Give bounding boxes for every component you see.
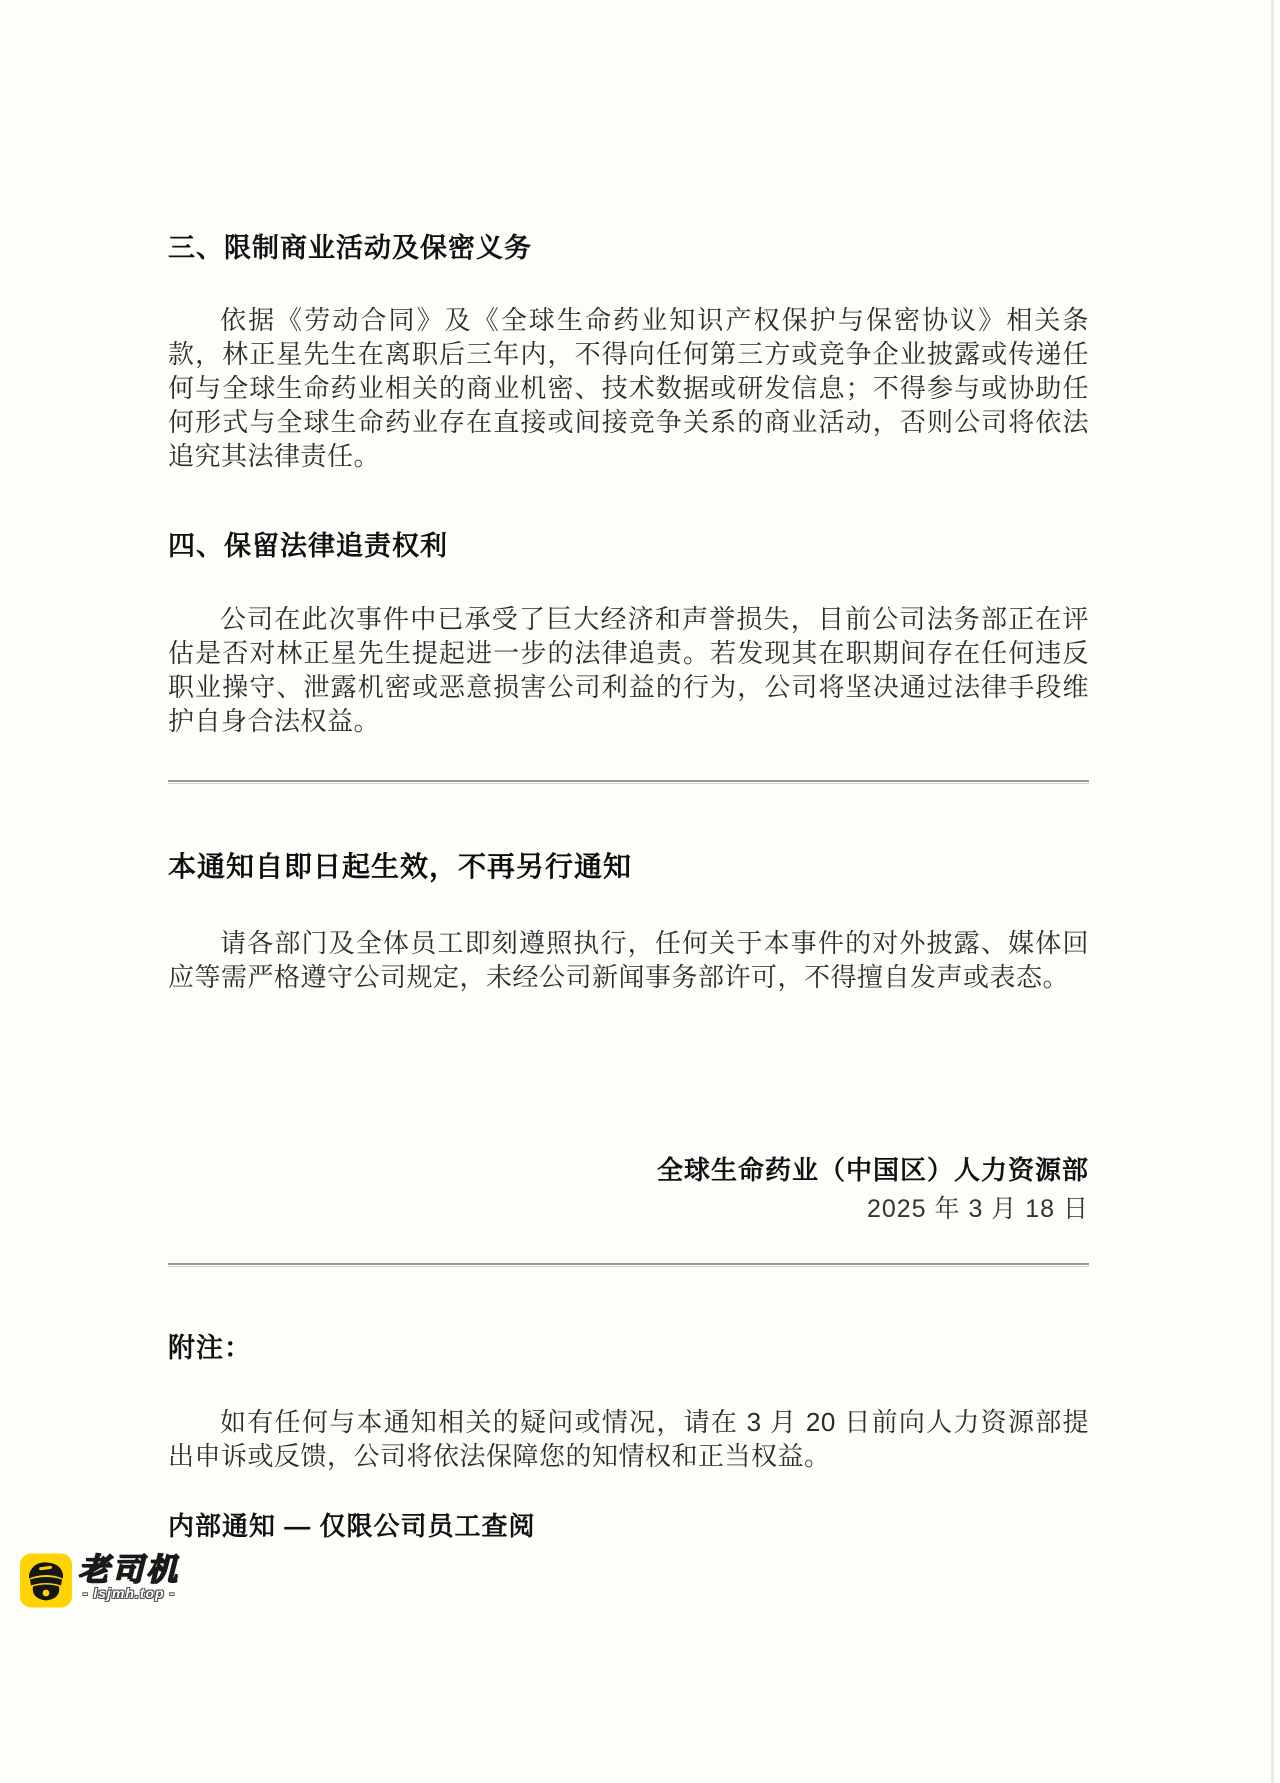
watermark-text-block: 老司机 - lsjmh.top - bbox=[78, 1553, 180, 1601]
driver-avatar-icon bbox=[20, 1553, 72, 1608]
notice-document-page: 三、限制商业活动及保密义务 依据《劳动合同》及《全球生命药业知识产权保护与保密协… bbox=[0, 0, 1280, 1783]
notes-paragraph: 如有任何与本通知相关的疑问或情况，请在 3 月 20 日前向人力资源部提出申诉或… bbox=[168, 1405, 1089, 1473]
effective-notice-paragraph: 请各部门及全体员工即刻遵照执行，任何关于本事件的对外披露、媒体回应等需严格遵守公… bbox=[168, 926, 1089, 994]
watermark-site-text: - lsjmh.top - bbox=[83, 1585, 175, 1601]
signature-date: 2025 年 3 月 18 日 bbox=[168, 1189, 1089, 1225]
section-3-paragraph: 依据《劳动合同》及《全球生命药业知识产权保护与保密协议》相关条款，林正星先生在离… bbox=[168, 303, 1089, 473]
horizontal-rule-top bbox=[168, 780, 1089, 784]
page-edge-divider bbox=[1271, 0, 1274, 1783]
horizontal-rule-bottom bbox=[168, 1263, 1089, 1267]
watermark-brand-text: 老司机 bbox=[78, 1553, 180, 1587]
watermark-logo: 老司机 - lsjmh.top - bbox=[20, 1553, 180, 1608]
section-4-heading: 四、保留法律追责权利 bbox=[168, 524, 1089, 563]
section-3-heading: 三、限制商业活动及保密义务 bbox=[168, 226, 1089, 265]
effective-notice-heading: 本通知自即日起生效，不再另行通知 bbox=[168, 845, 1089, 885]
signature-organization: 全球生命药业（中国区）人力资源部 bbox=[168, 1150, 1089, 1187]
notes-heading: 附注： bbox=[168, 1326, 1089, 1365]
internal-only-footer: 内部通知 — 仅限公司员工查阅 bbox=[168, 1506, 1089, 1543]
section-4-paragraph: 公司在此次事件中已承受了巨大经济和声誉损失，目前公司法务部正在评估是否对林正星先… bbox=[168, 602, 1089, 738]
